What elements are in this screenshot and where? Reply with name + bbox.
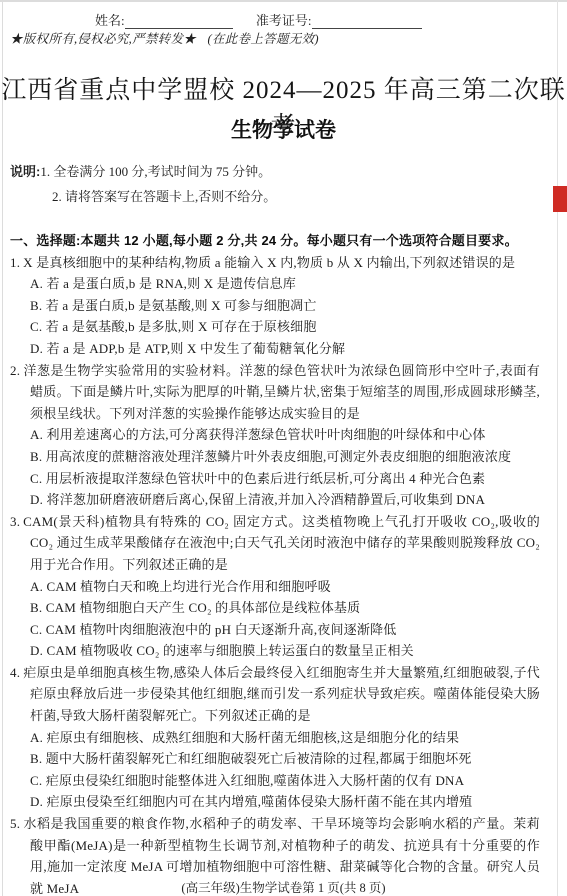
question-option-a: A. 疟原虫有细胞核、成熟红细胞和大肠杆菌无细胞核,这是细胞分化的结果 — [10, 727, 540, 749]
question-option-b: B. 若 a 是蛋白质,b 是氨基酸,则 X 可参与细胞凋亡 — [10, 295, 540, 317]
copyright-line: ★版权所有,侵权必究,严禁转发★ (在此卷上答题无效) — [10, 29, 319, 47]
instruction-line-1: 说明:1. 全卷满分 100 分,考试时间为 75 分钟。 — [10, 159, 540, 184]
question-2: 2.洋葱是生物学实验常用的实验材料。洋葱的绿色管状叶为浓绿色圆筒形中空叶子,表面… — [10, 360, 540, 511]
question-number: 2. — [10, 363, 20, 378]
copyright-text: ★版权所有,侵权必究,严禁转发★ — [10, 32, 196, 46]
question-area: 一、选择题:本题共 12 小题,每小题 2 分,共 24 分。每小题只有一个选项… — [10, 230, 540, 896]
name-label: 姓名: — [95, 10, 125, 29]
question-option-b: B. 题中大肠杆菌裂解死亡和红细胞破裂死亡后被清除的过程,都属于细胞坏死 — [10, 748, 540, 770]
question-option-a: A. 利用差速离心的方法,可分离获得洋葱绿色管状叶叶肉细胞的叶绿体和中心体 — [10, 424, 540, 446]
instructions-label: 说明: — [10, 164, 40, 179]
question-option-d: D. 疟原虫侵染至红细胞内可在其内增殖,噬菌体侵染大肠杆菌不能在其内增殖 — [10, 791, 540, 813]
page-footer: (高三年级)生物学试卷第 1 页(共 8 页) — [0, 878, 567, 896]
question-number: 3. — [10, 514, 20, 529]
question-option-d: D. 将洋葱加研磨液研磨后离心,保留上清液,并加入冷酒精静置后,可收集到 DNA — [10, 489, 540, 511]
question-stem: 3.CAM(景天科)植物具有特殊的 CO₂ 固定方式。这类植物晚上气孔打开吸收 … — [10, 511, 540, 576]
instruction-1-text: 1. 全卷满分 100 分,考试时间为 75 分钟。 — [40, 164, 271, 179]
question-stem-text: 疟原虫是单细胞真核生物,感染人体后会最终侵入红细胞寄生并大量繁殖,红细胞破裂,子… — [23, 665, 540, 723]
question-option-a: A. 若 a 是蛋白质,b 是 RNA,则 X 是遗传信息库 — [10, 273, 540, 295]
question-number: 1. — [10, 255, 20, 270]
answer-invalid-note: (在此卷上答题无效) — [208, 32, 319, 46]
question-1: 1.X 是真核细胞中的某种结构,物质 a 能输入 X 内,物质 b 从 X 内输… — [10, 252, 540, 360]
question-stem: 2.洋葱是生物学实验常用的实验材料。洋葱的绿色管状叶为浓绿色圆筒形中空叶子,表面… — [10, 360, 540, 425]
instruction-line-2: 2. 请将答案写在答题卡上,否则不给分。 — [10, 184, 540, 209]
question-option-c: C. 疟原虫侵染红细胞时能整体进入红细胞,噬菌体进入大肠杆菌的仅有 DNA — [10, 770, 540, 792]
question-stem-text: 洋葱是生物学实验常用的实验材料。洋葱的绿色管状叶为浓绿色圆筒形中空叶子,表面有蜡… — [23, 363, 540, 421]
exam-id-label: 准考证号: — [256, 10, 312, 29]
exam-id-field[interactable] — [312, 15, 422, 29]
exam-subtitle: 生物学试卷 — [0, 114, 567, 144]
question-option-b: B. CAM 植物细胞白天产生 CO₂ 的具体部位是线粒体基质 — [10, 597, 540, 619]
question-option-c: C. 用层析液提取洋葱绿色管状叶中的色素后进行纸层析,可分离出 4 种光合色素 — [10, 468, 540, 490]
question-option-b: B. 用高浓度的蔗糖溶液处理洋葱鳞片叶外表皮细胞,可测定外表皮细胞的细胞液浓度 — [10, 446, 540, 468]
candidate-info-row: 姓名: 准考证号: — [0, 10, 567, 29]
question-stem-text: X 是真核细胞中的某种结构,物质 a 能输入 X 内,物质 b 从 X 内输出,… — [23, 255, 515, 270]
question-4: 4.疟原虫是单细胞真核生物,感染人体后会最终侵入红细胞寄生并大量繁殖,红细胞破裂… — [10, 662, 540, 813]
question-number: 4. — [10, 665, 20, 680]
question-number: 5. — [10, 816, 20, 831]
name-field[interactable] — [125, 15, 233, 29]
question-option-d: D. 若 a 是 ADP,b 是 ATP,则 X 中发生了葡萄糖氧化分解 — [10, 338, 540, 360]
instructions-block: 说明:1. 全卷满分 100 分,考试时间为 75 分钟。 2. 请将答案写在答… — [10, 159, 540, 209]
section-header: 一、选择题:本题共 12 小题,每小题 2 分,共 24 分。每小题只有一个选项… — [10, 230, 540, 252]
question-stem-text: CAM(景天科)植物具有特殊的 CO₂ 固定方式。这类植物晚上气孔打开吸收 CO… — [23, 514, 540, 572]
red-margin-marker — [553, 186, 567, 212]
question-stem: 1.X 是真核细胞中的某种结构,物质 a 能输入 X 内,物质 b 从 X 内输… — [10, 252, 540, 274]
question-option-d: D. CAM 植物吸收 CO₂ 的速率与细胞膜上转运蛋白的数量呈正相关 — [10, 640, 540, 662]
scan-edge-top — [0, 0, 567, 2]
question-3: 3.CAM(景天科)植物具有特殊的 CO₂ 固定方式。这类植物晚上气孔打开吸收 … — [10, 511, 540, 662]
question-option-c: C. CAM 植物叶肉细胞液泡中的 pH 白天逐渐升高,夜间逐渐降低 — [10, 619, 540, 641]
question-option-a: A. CAM 植物白天和晚上均进行光合作用和细胞呼吸 — [10, 576, 540, 598]
question-stem: 4.疟原虫是单细胞真核生物,感染人体后会最终侵入红细胞寄生并大量繁殖,红细胞破裂… — [10, 662, 540, 727]
question-option-c: C. 若 a 是氨基酸,b 是多肽,则 X 可存在于原核细胞 — [10, 316, 540, 338]
